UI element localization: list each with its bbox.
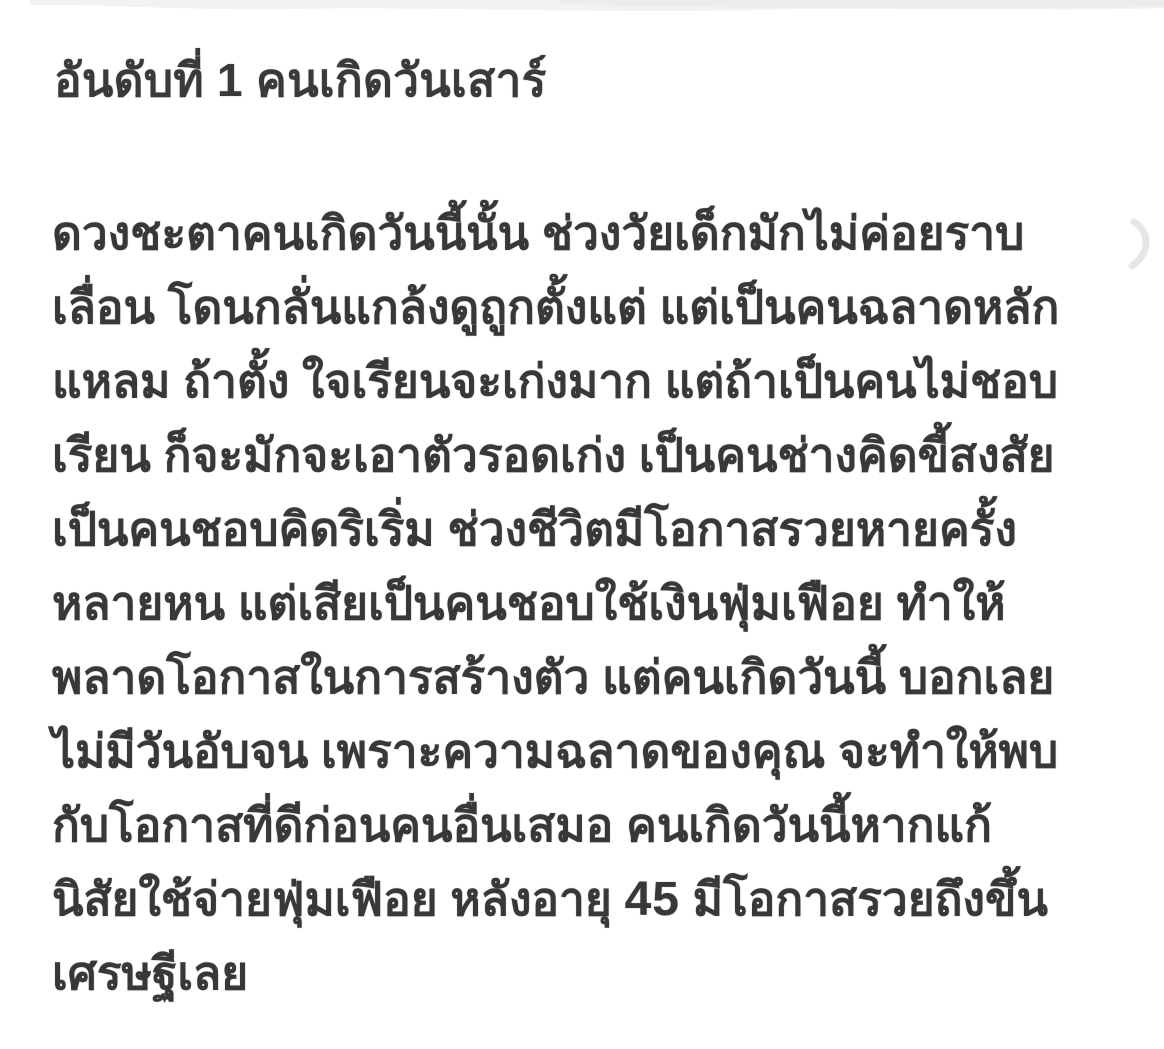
line-10-pre: นิสัยใช้จ่ายฟุ่มเฟือย หลังอายุ — [52, 873, 625, 925]
paragraph-line: พลาดโอกาสในการสร้างตัว แต่คนเกิดวันนี้ บ… — [52, 640, 1152, 714]
paragraph-line: กับโอกาสที่ดีก่อนคนอื่นเสมอ คนเกิดวันนี้… — [52, 788, 1152, 862]
top-crop-artifact — [0, 0, 1164, 16]
paragraph-line: แหลม ถ้าตั้ง ใจเรียนจะเก่งมาก แต่ถ้าเป็น… — [52, 344, 1152, 418]
paragraph-line: หลายหน แต่เสียเป็นคนชอบใช้เงินฟุ่มเฟือย … — [52, 566, 1152, 640]
paragraph-line: ดวงชะตาคนเกิดวันนี้นั้น ช่วงวัยเด็กมักไม… — [52, 196, 1152, 270]
paragraph-line: เศรษฐีเลย — [52, 936, 1152, 1010]
paragraph-line: เลื่อน โดนกลั่นแกล้งดูถูกตั้งแต่ แต่เป็น… — [52, 270, 1152, 344]
ranking-heading: อันดับที่ 1 คนเกิดวันเสาร์ — [54, 44, 547, 117]
paragraph-line: เป็นคนชอบคิดริเริ่ม ช่วงชีวิตมีโอกาสรวยห… — [52, 492, 1152, 566]
paragraph-line: เรียน ก็จะมักจะเอาตัวรอดเก่ง เป็นคนช่างค… — [52, 418, 1152, 492]
horoscope-paragraph: ดวงชะตาคนเกิดวันนี้นั้น ช่วงวัยเด็กมักไม… — [52, 196, 1152, 1010]
text-post-page: อันดับที่ 1 คนเกิดวันเสาร์ ดวงชะตาคนเกิด… — [0, 0, 1164, 1049]
paragraph-line-with-age: นิสัยใช้จ่ายฟุ่มเฟือย หลังอายุ 45 มีโอกา… — [52, 862, 1152, 936]
paragraph-line: ไม่มีวันอับจน เพราะความฉลาดของคุณ จะทำให… — [52, 714, 1152, 788]
age-number: 45 — [625, 873, 680, 926]
line-10-post: มีโอกาสรวยถึงขึ้น — [680, 873, 1048, 925]
